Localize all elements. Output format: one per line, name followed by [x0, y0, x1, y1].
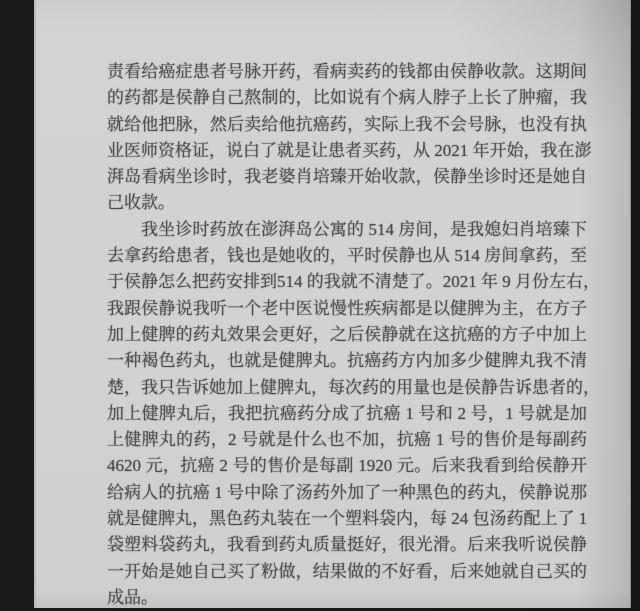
text-line: 责看给癌症患者号脉开药，看病卖药的钱都由侯静收款。这期间	[107, 59, 587, 85]
text-line: 我坐诊时药放在澎湃岛公寓的 514 房间，是我媳妇肖培臻下	[107, 217, 587, 243]
text-line: 一开始是她自己买了粉做，结果做的不好看，后来她就自己买的	[107, 559, 587, 585]
statement-text: 责看给癌症患者号脉开药，看病卖药的钱都由侯静收款。这期间的药都是侯静自己熬制的，…	[107, 59, 587, 611]
text-line: 上健脾丸的药，2 号就是什么也不加，抗癌 1 号的售价是每副药	[107, 427, 587, 453]
text-line: 给病人的抗癌 1 号中除了汤药外加了一种黑色的药丸，侯静说那	[107, 480, 587, 506]
text-line: 湃岛看病坐诊时，我老婆肖培臻开始收款，侯静坐诊时还是她自	[107, 164, 587, 190]
text-line: 4620 元，抗癌 2 号的售价是每副 1920 元。后来我看到给侯静开	[107, 453, 587, 479]
text-line: 加上健脾丸后，我把抗癌药分成了抗癌 1 号和 2 号，1 号就是加	[107, 401, 587, 427]
text-line: 就给他把脉，然后卖给他抗癌药，实际上我不会号脉，也没有执	[107, 112, 587, 138]
text-line: 加上健脾的药丸效果会更好，之后侯静就在这抗癌的方子中加上	[107, 322, 587, 348]
text-line: 己收款。	[107, 190, 587, 216]
paragraph: 责看给癌症患者号脉开药，看病卖药的钱都由侯静收款。这期间的药都是侯静自己熬制的，…	[107, 59, 587, 217]
paragraph: 我坐诊时药放在澎湃岛公寓的 514 房间，是我媳妇肖培臻下去拿药给患者，钱也是她…	[107, 217, 587, 611]
text-line: 的药都是侯静自己熬制的，比如说有个病人脖子上长了肿瘤，我	[107, 85, 587, 111]
text-line: 楚，我只告诉她加上健脾丸，每次药的用量也是侯静告诉患者的，	[107, 375, 587, 401]
text-line: 于侯静怎么把药安排到514 的我就不清楚了。2021 年 9 月份左右，	[107, 269, 587, 295]
text-line: 一种褐色药丸，也就是健脾丸。抗癌药方内加多少健脾丸我不清	[107, 348, 587, 374]
photo-backdrop: 责看给癌症患者号脉开药，看病卖药的钱都由侯静收款。这期间的药都是侯静自己熬制的，…	[0, 0, 640, 611]
text-line: 成品。	[107, 585, 587, 611]
text-line: 去拿药给患者，钱也是她收的，平时侯静也从 514 房间拿药，至	[107, 243, 587, 269]
text-line: 我跟侯静说我听一个老中医说慢性疾病都是以健脾为主，在方子	[107, 296, 587, 322]
document-page: 责看给癌症患者号脉开药，看病卖药的钱都由侯静收款。这期间的药都是侯静自己熬制的，…	[34, 0, 631, 608]
text-line: 袋塑料袋药丸，我看到药丸质量挺好，很光滑。后来我听说侯静	[107, 532, 587, 558]
text-line: 业医师资格证，说白了就是让患者买药，从 2021 年开始，我在澎	[107, 138, 587, 164]
text-line: 就是健脾丸，黑色药丸装在一个塑料袋内，每 24 包汤药配上了 1	[107, 506, 587, 532]
